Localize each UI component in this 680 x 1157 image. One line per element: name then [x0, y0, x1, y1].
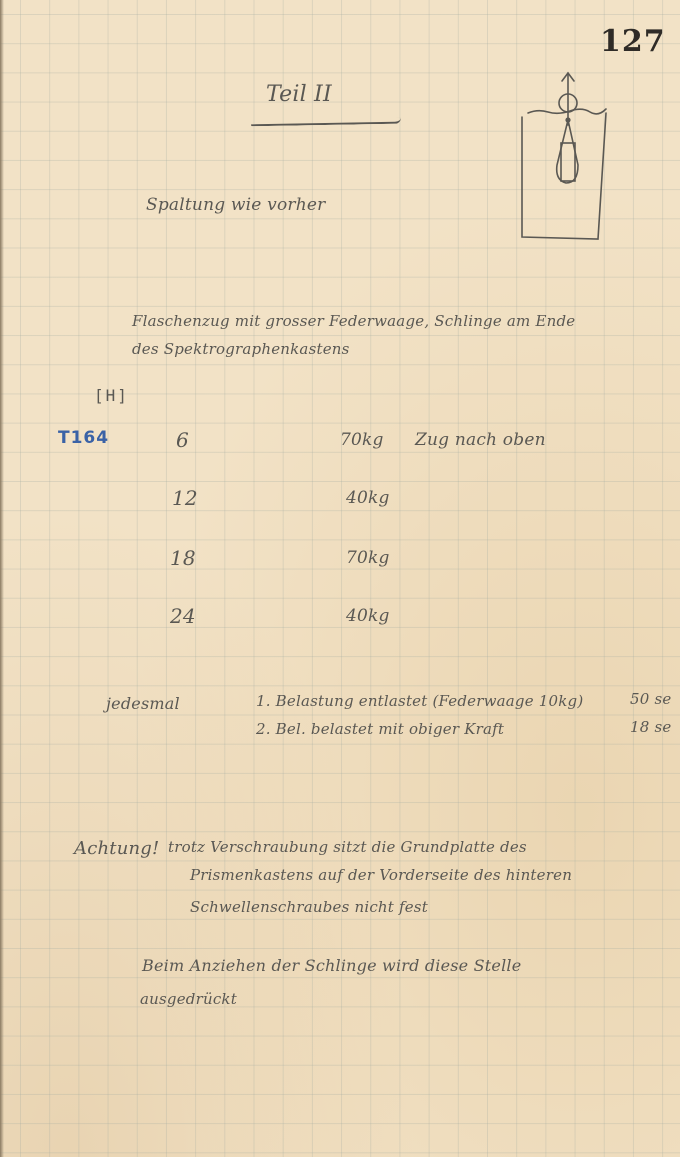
- intro-line: Spaltung wie vorher: [146, 195, 325, 215]
- caution-line-1: trotz Verschraubung sitzt die Grundplatt…: [168, 838, 527, 856]
- row-value: 18: [170, 546, 196, 570]
- page-binding-edge: [0, 0, 4, 1157]
- apparatus-sketch: [510, 65, 620, 255]
- section-title: Teil II: [266, 82, 332, 107]
- procedure-step-1: 1. Belastung entlastet (Federwaage 10kg): [256, 692, 583, 710]
- setup-line-1: Flaschenzug mit grosser Federwaage, Schl…: [132, 312, 575, 330]
- procedure-label: jedesmal: [106, 694, 180, 713]
- setup-line-2: des Spektrographenkastens: [132, 340, 350, 358]
- page-number: 127: [600, 24, 666, 59]
- caution-line-3: Schwellenschraubes nicht fest: [190, 898, 428, 916]
- title-underline: [251, 118, 401, 127]
- row-value: 6: [176, 428, 189, 452]
- row-note: Zug nach oben: [415, 430, 546, 450]
- remark-line-1: Beim Anziehen der Schlinge wird diese St…: [142, 956, 521, 975]
- caution-label: Achtung!: [74, 838, 159, 859]
- procedure-step-2-time: 18 se: [630, 718, 671, 736]
- row-load: 40kg: [346, 488, 390, 508]
- remark-line-2: ausgedrückt: [140, 990, 237, 1008]
- procedure-step-1-time: 50 se: [630, 690, 671, 708]
- unit-label: [H]: [94, 386, 129, 405]
- row-value: 12: [172, 486, 198, 510]
- reference-code: T164: [58, 428, 109, 448]
- row-load: 70kg: [346, 548, 390, 568]
- procedure-step-2: 2. Bel. belastet mit obiger Kraft: [256, 720, 504, 738]
- row-load: 40kg: [346, 606, 390, 626]
- caution-line-2: Prismenkastens auf der Vorderseite des h…: [190, 866, 572, 884]
- row-load: 70kg: [340, 430, 384, 450]
- row-value: 24: [170, 604, 196, 628]
